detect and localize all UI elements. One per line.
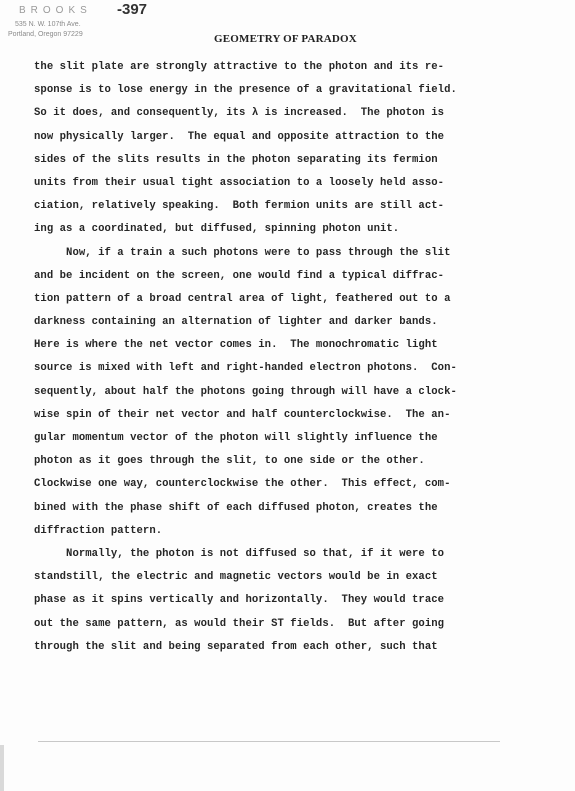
body-text: the slit plate are strongly attractive t… [34,56,544,659]
text-line: and be incident on the screen, one would… [34,265,544,288]
text-line: ing as a coordinated, but diffused, spin… [34,218,544,241]
text-line: now physically larger. The equal and opp… [34,126,544,149]
text-line: diffraction pattern. [34,520,544,543]
document-page: BROOKS -397 535 N. W. 107th Ave. Portlan… [0,0,575,791]
text-line: through the slit and being separated fro… [34,636,544,659]
text-line: the slit plate are strongly attractive t… [34,56,544,79]
text-line: sides of the slits results in the photon… [34,149,544,172]
text-line: Now, if a train a such photons were to p… [34,242,544,265]
text-line: units from their usual tight association… [34,172,544,195]
text-line: phase as it spins vertically and horizon… [34,589,544,612]
stamp-street: 535 N. W. 107th Ave. [15,21,81,28]
footer-rule [38,741,500,742]
text-line: wise spin of their net vector and half c… [34,404,544,427]
text-line: ciation, relatively speaking. Both fermi… [34,195,544,218]
text-line: So it does, and consequently, its λ is i… [34,102,544,125]
text-line: bined with the phase shift of each diffu… [34,497,544,520]
text-line: standstill, the electric and magnetic ve… [34,566,544,589]
text-line: Normally, the photon is not diffused so … [34,543,544,566]
scan-edge-shadow [0,745,4,791]
text-line: source is mixed with left and right-hand… [34,357,544,380]
document-title: GEOMETRY OF PARADOX [214,33,357,45]
page-number: -397 [117,1,147,18]
text-line: gular momentum vector of the photon will… [34,427,544,450]
stamp-name: BROOKS [19,5,92,16]
text-line: out the same pattern, as would their ST … [34,613,544,636]
text-line: sponse is to lose energy in the presence… [34,79,544,102]
text-line: sequently, about half the photons going … [34,381,544,404]
text-line: Here is where the net vector comes in. T… [34,334,544,357]
text-line: Clockwise one way, counterclockwise the … [34,473,544,496]
text-line: darkness containing an alternation of li… [34,311,544,334]
text-line: tion pattern of a broad central area of … [34,288,544,311]
text-line: photon as it goes through the slit, to o… [34,450,544,473]
stamp-city: Portland, Oregon 97229 [8,31,83,38]
